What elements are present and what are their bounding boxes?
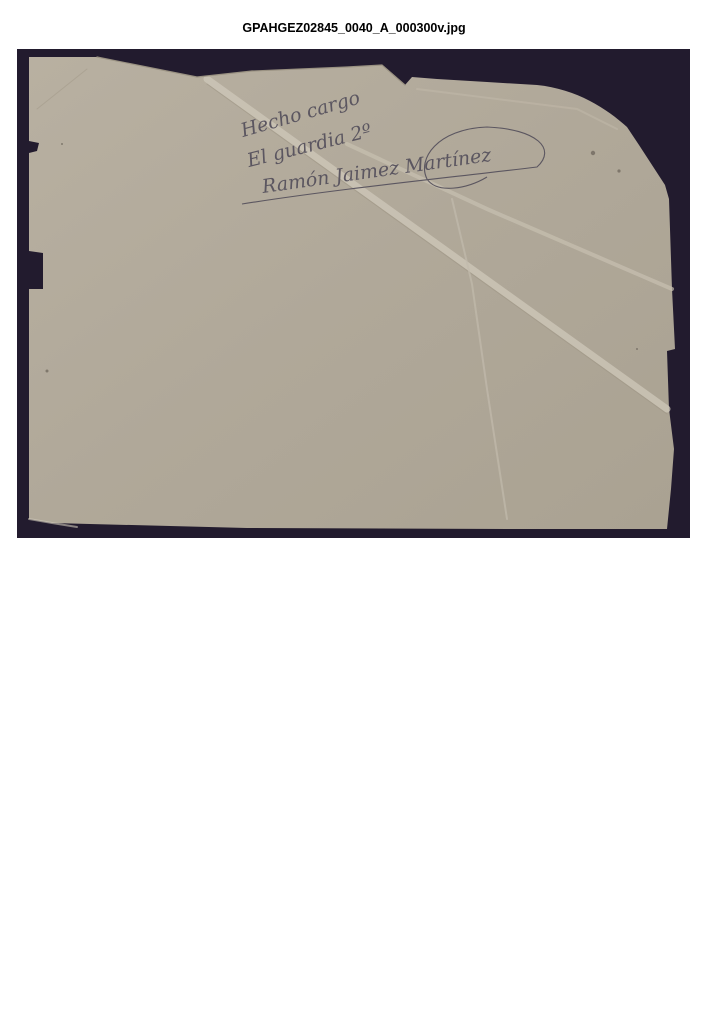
page-title: GPAHGEZ02845_0040_A_000300v.jpg [0, 21, 708, 35]
document-photo: Hecho cargo El guardia 2º Ramón Jaimez M… [17, 49, 690, 538]
scanned-document-image: Hecho cargo El guardia 2º Ramón Jaimez M… [17, 49, 690, 538]
